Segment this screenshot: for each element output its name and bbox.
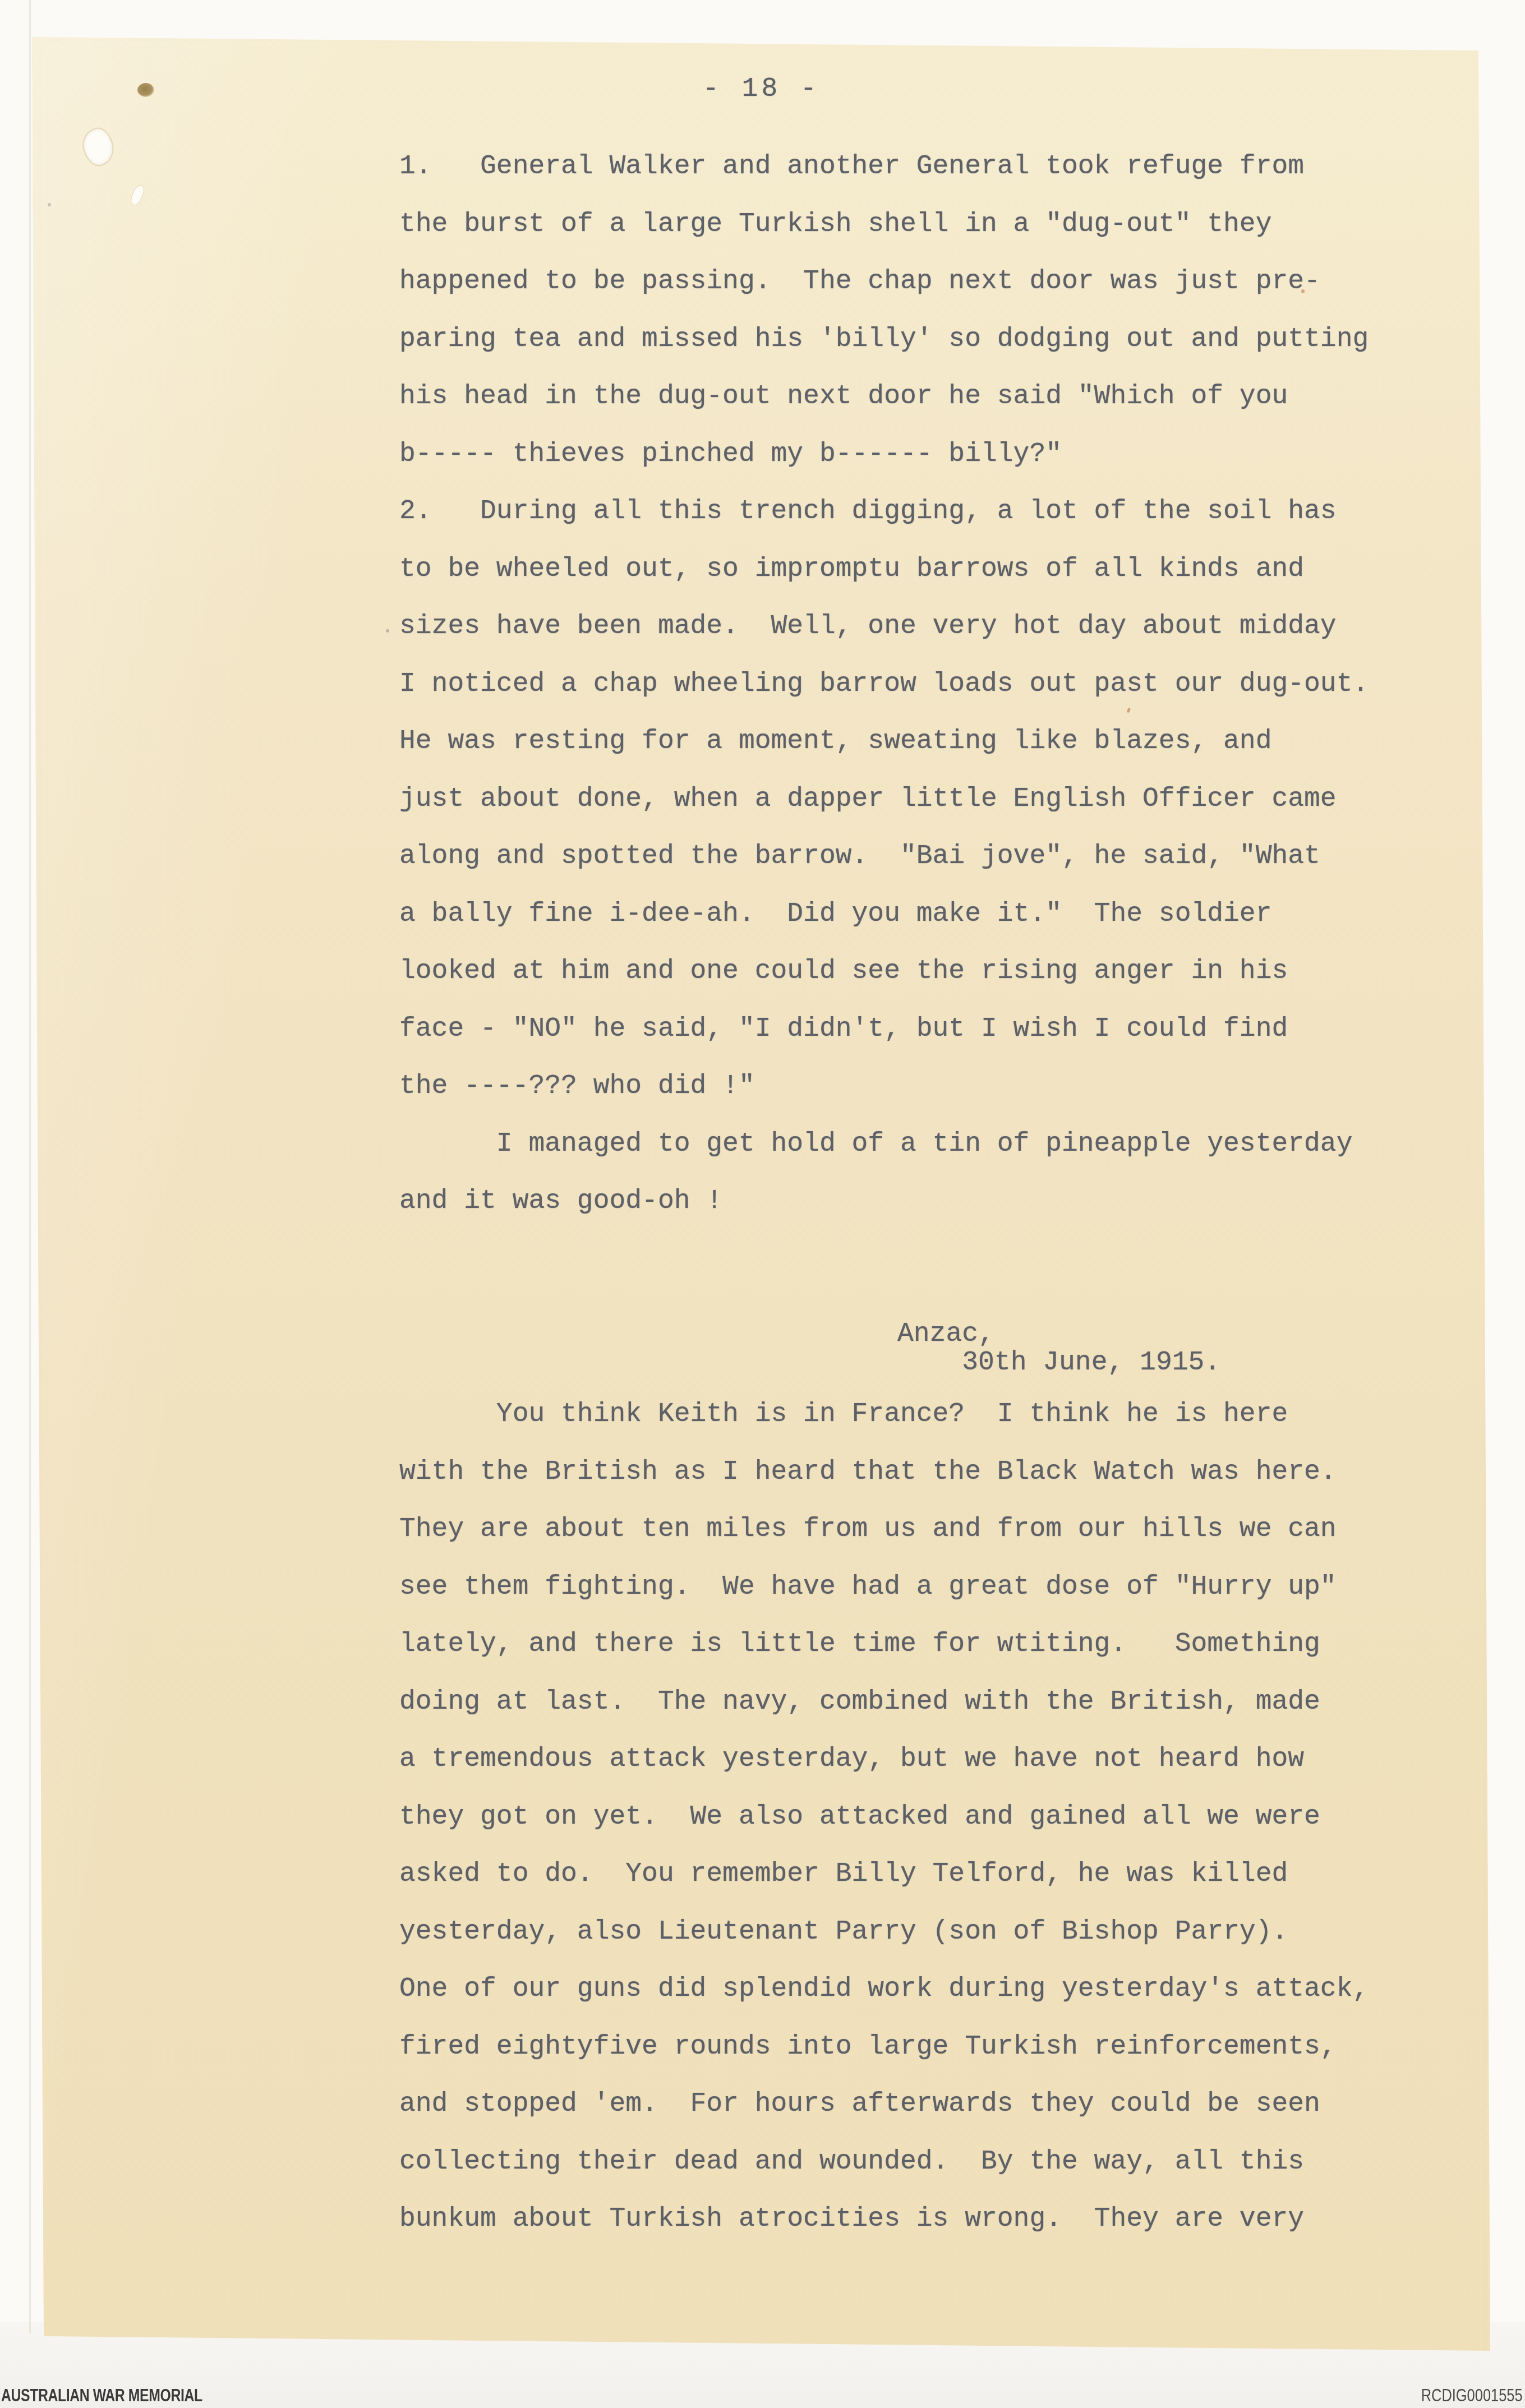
typed-line: doing at last. The navy, combined with t… (399, 1673, 1369, 1731)
archive-name: AUSTRALIAN WAR MEMORIAL (1, 2386, 202, 2406)
typed-line: 1. General Walker and another General to… (399, 138, 1369, 196)
typed-line: bunkum about Turkish atrocities is wrong… (399, 2190, 1369, 2248)
typed-line: He was resting for a moment, sweating li… (399, 713, 1369, 771)
scanned-document-page: - 18 - 1. General Walker and another Gen… (0, 0, 1525, 2408)
typed-line: yesterday, also Lieutenant Parry (son of… (399, 1903, 1369, 1961)
typed-line: I noticed a chap wheeling barrow loads o… (399, 656, 1369, 713)
typed-line: and stopped 'em. For hours afterwards th… (399, 2075, 1369, 2133)
typed-line: a tremendous attack yesterday, but we ha… (399, 1731, 1369, 1788)
typed-line: You think Keith is in France? I think he… (399, 1386, 1369, 1443)
typed-line: with the British as I heard that the Bla… (399, 1443, 1369, 1501)
typed-line: paring tea and missed his 'billy' so dod… (399, 311, 1369, 368)
typed-line: face - "NO" he said, "I didn't, but I wi… (399, 1000, 1369, 1058)
paper-hole-small (129, 184, 145, 206)
dust-speck (1301, 289, 1305, 293)
typed-line: his head in the dug-out next door he sai… (399, 368, 1369, 426)
letter-body-block: You think Keith is in France? I think he… (399, 1386, 1369, 2248)
under-sheet-edge (29, 0, 31, 2333)
footer-bar: AUSTRALIAN WAR MEMORIAL RCDIG0001555 (0, 2382, 1525, 2408)
typed-line: the ----??? who did !" (399, 1058, 1369, 1115)
typed-line: asked to do. You remember Billy Telford,… (399, 1846, 1369, 1903)
typed-line: collecting their dead and wounded. By th… (399, 2133, 1369, 2191)
anecdotes-block: 1. General Walker and another General to… (399, 138, 1369, 1230)
dateline-block: Anzac, 30th June, 1915. (897, 1320, 1220, 1377)
dust-speck (386, 629, 389, 633)
typed-line: One of our guns did splendid work during… (399, 1960, 1369, 2018)
typed-line: see them fighting. We have had a great d… (399, 1558, 1369, 1616)
typed-line: Anzac, (897, 1320, 1220, 1349)
letter-sheet: - 18 - 1. General Walker and another Gen… (0, 0, 1525, 2408)
typed-line: sizes have been made. Well, one very hot… (399, 598, 1369, 656)
reference-id: RCDIG0001555 (1421, 2386, 1523, 2406)
typed-line: happened to be passing. The chap next do… (399, 253, 1369, 311)
page-number: - 18 - (703, 74, 820, 104)
typed-line: lately, and there is little time for wti… (399, 1616, 1369, 1673)
paper-stain (137, 83, 154, 97)
typed-line: and it was good-oh ! (399, 1173, 1369, 1230)
typed-line: fired eightyfive rounds into large Turki… (399, 2018, 1369, 2076)
paper-hole (81, 127, 116, 168)
typed-line: along and spotted the barrow. "Bai jove"… (399, 828, 1369, 885)
typed-line: a bally fine i-dee-ah. Did you make it."… (399, 885, 1369, 943)
typed-line: I managed to get hold of a tin of pineap… (399, 1115, 1369, 1173)
typed-line: 30th June, 1915. (897, 1349, 1220, 1377)
typed-line: 2. During all this trench digging, a lot… (399, 483, 1369, 541)
typed-line: they got on yet. We also attacked and ga… (399, 1788, 1369, 1846)
typed-line: They are about ten miles from us and fro… (399, 1501, 1369, 1558)
dust-speck (48, 203, 51, 206)
typed-line: b----- thieves pinched my b------ billy?… (399, 426, 1369, 483)
typed-line: just about done, when a dapper little En… (399, 771, 1369, 828)
typed-line: to be wheeled out, so impromptu barrows … (399, 541, 1369, 598)
typed-line: the burst of a large Turkish shell in a … (399, 196, 1369, 253)
typed-line: looked at him and one could see the risi… (399, 943, 1369, 1000)
